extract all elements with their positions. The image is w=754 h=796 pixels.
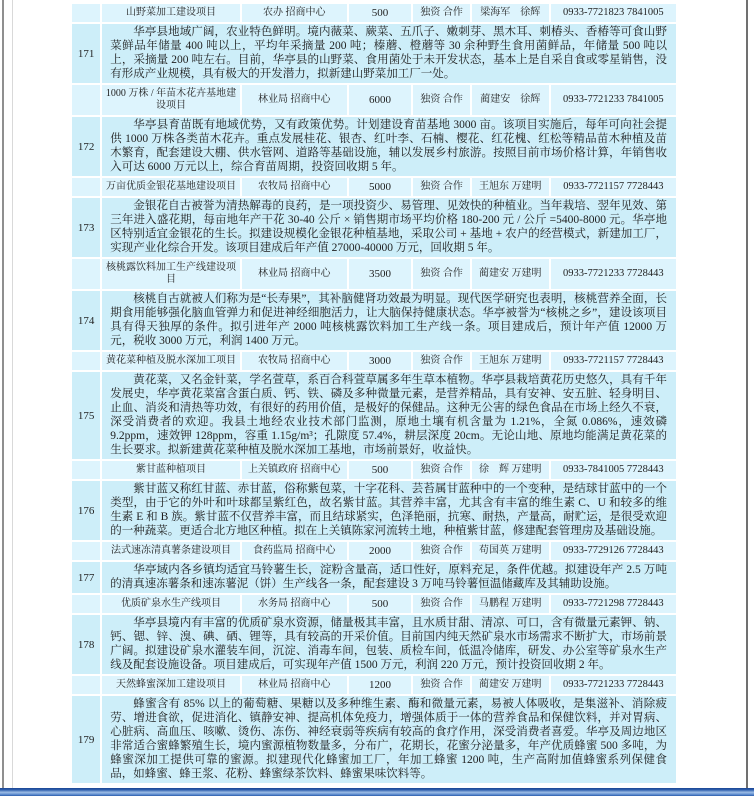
project-mode-cell: 独资 合作 — [413, 4, 470, 22]
project-desc-row: 173金银花自古被誉为清热解毒的良药，是一项投资少、易管理、见效快的种植业。当年… — [72, 198, 676, 257]
project-desc-cell: 金银花自古被誉为清热解毒的良药，是一项投资少、易管理、见效快的种植业。当年栽培、… — [102, 198, 676, 257]
project-number-cell: 177 — [72, 562, 100, 593]
project-name-cell: 万亩优质金银花基地建设项目 — [102, 178, 239, 196]
project-amount-cell: 1200 — [349, 676, 412, 694]
project-desc-cell: 黄花菜，又名金针菜，学名萱草，系百合科萱草属多年生草本植物。华亭县栽培黄花历史悠… — [102, 372, 676, 459]
projects-table-body: 山野菜加工建设项目农办 招商中心500独资 合作梁海军 徐辉0933-77218… — [72, 4, 676, 783]
project-number-cell: 172 — [72, 117, 100, 176]
project-header-row: 优质矿泉水生产线项目水务局 招商中心500独资 合作马鹏程 万建明0933-77… — [72, 595, 676, 613]
project-amount-cell: 500 — [349, 461, 412, 479]
projects-table: 山野菜加工建设项目农办 招商中心500独资 合作梁海军 徐辉0933-77218… — [70, 2, 678, 785]
project-name-cell: 紫甘蓝种植项目 — [102, 461, 239, 479]
project-phone-cell: 0933-7721157 7728443 — [551, 178, 676, 196]
project-mode-cell: 独资 合作 — [413, 259, 470, 289]
project-description: 华亭域内各乡镇均适宜马铃薯生长，淀粉含量高，适口性好，原料充足，条件优越。拟建设… — [110, 563, 667, 591]
project-mode-cell: 独资 合作 — [413, 542, 470, 560]
project-header-row: 法式速冻清真薯条建设项目食药监局 招商中心2000独资 合作苟国英 万建明093… — [72, 542, 676, 560]
project-no-spacer-cell — [72, 178, 100, 196]
project-name-cell: 法式速冻清真薯条建设项目 — [102, 542, 239, 560]
project-desc-cell: 华亭域内各乡镇均适宜马铃薯生长，淀粉含量高，适口性好，原料充足，条件优越。拟建设… — [102, 562, 676, 593]
project-contacts-cell: 苟国英 万建明 — [472, 542, 549, 560]
project-dept-cell: 林业局 招商中心 — [242, 85, 347, 115]
project-phone-cell: 0933-7721823 7841005 — [551, 4, 676, 22]
page-right-border — [746, 0, 748, 788]
project-description: 华亭县育苗既有地域优势，又有政策优势。计划建设育苗基地 3000 亩。该项目实施… — [110, 118, 667, 174]
project-name-cell: 1000 万株 / 年苗木花卉基地建设项目 — [102, 85, 239, 115]
project-dept-cell: 林业局 招商中心 — [242, 676, 347, 694]
project-dept-cell: 上关镇政府 招商中心 — [242, 461, 347, 479]
window-bottom-edge — [0, 788, 754, 796]
project-number-cell: 174 — [72, 291, 100, 350]
project-amount-cell: 3500 — [349, 259, 412, 289]
project-number-cell: 176 — [72, 481, 100, 540]
project-no-spacer-cell — [72, 542, 100, 560]
project-desc-cell: 华亭县境内有丰富的优质矿泉水资源，储量极其丰富，且水质甘甜、清凉、可口，含有微量… — [102, 615, 676, 674]
project-contacts-cell: 马鹏程 万建明 — [472, 595, 549, 613]
project-description: 核桃自古就被人们称为是“长寿果”，其补脑健肾功效最为明显。现代医学研究也表明，核… — [110, 292, 667, 348]
project-name-cell: 优质矿泉水生产线项目 — [102, 595, 239, 613]
project-contacts-cell: 蔺建安 万建明 — [472, 676, 549, 694]
project-header-row: 万亩优质金银花基地建设项目农牧局 招商中心5000独资 合作王旭东 万建明093… — [72, 178, 676, 196]
project-desc-cell: 核桃自古就被人们称为是“长寿果”，其补脑健肾功效最为明显。现代医学研究也表明，核… — [102, 291, 676, 350]
project-desc-row: 178华亭县境内有丰富的优质矿泉水资源，储量极其丰富，且水质甘甜、清凉、可口，含… — [72, 615, 676, 674]
project-number-cell: 179 — [72, 696, 100, 783]
project-dept-cell: 食药监局 招商中心 — [242, 542, 347, 560]
project-number-cell: 173 — [72, 198, 100, 257]
project-desc-row: 171华亭县地域广阔，农业特色鲜明。境内薇菜、蕨菜、五爪子、嫩刺芽、黑木耳、刺椿… — [72, 24, 676, 83]
project-amount-cell: 500 — [349, 595, 412, 613]
project-name-cell: 黄花菜种植及脱水深加工项目 — [102, 352, 239, 370]
project-amount-cell: 6000 — [349, 85, 412, 115]
project-mode-cell: 独资 合作 — [413, 676, 470, 694]
project-desc-row: 179蜂蜜含有 85% 以上的葡萄糖、果糖以及多种维生素、酶和微量元素，易被人体… — [72, 696, 676, 783]
project-dept-cell: 农办 招商中心 — [242, 4, 347, 22]
project-contacts-cell: 王旭东 万建明 — [472, 352, 549, 370]
project-mode-cell: 独资 合作 — [413, 461, 470, 479]
project-description: 蜂蜜含有 85% 以上的葡萄糖、果糖以及多种维生素、酶和微量元素，易被人体吸收，… — [110, 697, 667, 781]
project-number-cell: 178 — [72, 615, 100, 674]
project-no-spacer-cell — [72, 85, 100, 115]
project-dept-cell: 农牧局 招商中心 — [242, 352, 347, 370]
project-amount-cell: 500 — [349, 4, 412, 22]
project-no-spacer-cell — [72, 352, 100, 370]
project-contacts-cell: 蔺建安 万建明 — [472, 259, 549, 289]
project-name-cell: 山野菜加工建设项目 — [102, 4, 239, 22]
project-no-spacer-cell — [72, 676, 100, 694]
project-desc-cell: 华亭县育苗既有地域优势，又有政策优势。计划建设育苗基地 3000 亩。该项目实施… — [102, 117, 676, 176]
project-phone-cell: 0933-7841005 7728443 — [551, 461, 676, 479]
project-desc-row: 174核桃自古就被人们称为是“长寿果”，其补脑健肾功效最为明显。现代医学研究也表… — [72, 291, 676, 350]
project-mode-cell: 独资 合作 — [413, 352, 470, 370]
project-header-row: 天然蜂蜜深加工建设项目林业局 招商中心1200独资 合作蔺建安 万建明0933-… — [72, 676, 676, 694]
project-amount-cell: 2000 — [349, 542, 412, 560]
project-no-spacer-cell — [72, 4, 100, 22]
project-number-cell: 175 — [72, 372, 100, 459]
project-phone-cell: 0933-7721298 7728443 — [551, 595, 676, 613]
page-left-inner-border — [12, 0, 13, 796]
project-contacts-cell: 徐 辉 万建明 — [472, 461, 549, 479]
project-header-row: 1000 万株 / 年苗木花卉基地建设项目林业局 招商中心6000独资 合作蔺建… — [72, 85, 676, 115]
project-no-spacer-cell — [72, 259, 100, 289]
project-contacts-cell: 王旭东 万建明 — [472, 178, 549, 196]
project-description: 紫甘蓝又称红甘蓝、赤甘蓝，俗称紫包菜，十字花科、芸苔属甘蓝种中的一个变种，是结球… — [110, 482, 667, 538]
page-left-border — [2, 0, 4, 796]
project-number-cell: 171 — [72, 24, 100, 83]
project-name-cell: 核桃露饮料加工生产线建设项目 — [102, 259, 239, 289]
project-mode-cell: 独资 合作 — [413, 85, 470, 115]
project-header-row: 核桃露饮料加工生产线建设项目林业局 招商中心3500独资 合作蔺建安 万建明09… — [72, 259, 676, 289]
project-desc-cell: 华亭县地域广阔，农业特色鲜明。境内薇菜、蕨菜、五爪子、嫩刺芽、黑木耳、刺椿头、香… — [102, 24, 676, 83]
project-no-spacer-cell — [72, 461, 100, 479]
project-amount-cell: 3000 — [349, 352, 412, 370]
project-description: 华亭县地域广阔，农业特色鲜明。境内薇菜、蕨菜、五爪子、嫩刺芽、黑木耳、刺椿头、香… — [110, 25, 667, 81]
project-header-row: 紫甘蓝种植项目上关镇政府 招商中心500独资 合作徐 辉 万建明0933-784… — [72, 461, 676, 479]
project-desc-row: 176紫甘蓝又称红甘蓝、赤甘蓝，俗称紫包菜，十字花科、芸苔属甘蓝种中的一个变种，… — [72, 481, 676, 540]
project-contacts-cell: 蔺建安 徐辉 — [472, 85, 549, 115]
project-dept-cell: 水务局 招商中心 — [242, 595, 347, 613]
project-phone-cell: 0933-7729126 7728443 — [551, 542, 676, 560]
project-description: 黄花菜，又名金针菜，学名萱草，系百合科萱草属多年生草本植物。华亭县栽培黄花历史悠… — [110, 373, 667, 457]
project-desc-row: 175黄花菜，又名金针菜，学名萱草，系百合科萱草属多年生草本植物。华亭县栽培黄花… — [72, 372, 676, 459]
project-header-row: 山野菜加工建设项目农办 招商中心500独资 合作梁海军 徐辉0933-77218… — [72, 4, 676, 22]
project-phone-cell: 0933-7721157 7728443 — [551, 352, 676, 370]
project-desc-row: 172华亭县育苗既有地域优势，又有政策优势。计划建设育苗基地 3000 亩。该项… — [72, 117, 676, 176]
project-description: 金银花自古被誉为清热解毒的良药，是一项投资少、易管理、见效快的种植业。当年栽培、… — [110, 199, 667, 255]
project-mode-cell: 独资 合作 — [413, 595, 470, 613]
project-no-spacer-cell — [72, 595, 100, 613]
project-mode-cell: 独资 合作 — [413, 178, 470, 196]
project-description: 华亭县境内有丰富的优质矿泉水资源，储量极其丰富，且水质甘甜、清凉、可口，含有微量… — [110, 616, 667, 672]
project-desc-cell: 蜂蜜含有 85% 以上的葡萄糖、果糖以及多种维生素、酶和微量元素，易被人体吸收，… — [102, 696, 676, 783]
project-name-cell: 天然蜂蜜深加工建设项目 — [102, 676, 239, 694]
project-dept-cell: 农牧局 招商中心 — [242, 178, 347, 196]
project-contacts-cell: 梁海军 徐辉 — [472, 4, 549, 22]
project-desc-row: 177华亭域内各乡镇均适宜马铃薯生长，淀粉含量高，适口性好，原料充足，条件优越。… — [72, 562, 676, 593]
project-desc-cell: 紫甘蓝又称红甘蓝、赤甘蓝，俗称紫包菜，十字花科、芸苔属甘蓝种中的一个变种，是结球… — [102, 481, 676, 540]
project-phone-cell: 0933-7721233 7728443 — [551, 676, 676, 694]
project-phone-cell: 0933-7721233 7841005 — [551, 85, 676, 115]
project-phone-cell: 0933-7721233 7728443 — [551, 259, 676, 289]
project-amount-cell: 5000 — [349, 178, 412, 196]
project-header-row: 黄花菜种植及脱水深加工项目农牧局 招商中心3000独资 合作王旭东 万建明093… — [72, 352, 676, 370]
project-dept-cell: 林业局 招商中心 — [242, 259, 347, 289]
